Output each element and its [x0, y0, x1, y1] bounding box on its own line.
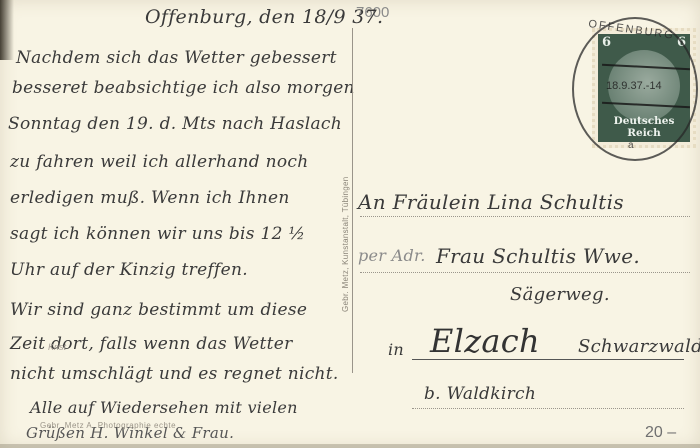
- address-rule-2: [360, 272, 690, 273]
- message-line-4: zu fahren weil ich allerhand noch: [10, 152, 309, 172]
- message-line-7: Uhr auf der Kinzig treffen.: [10, 260, 248, 280]
- pencil-price: 20 –: [645, 424, 676, 442]
- message-line-10: nicht umschlägt und es regnet nicht.: [10, 364, 339, 384]
- bottom-imprint: Gebr. Metz A. Photographie echte: [40, 421, 176, 430]
- address-line-2-prefix: per Adr.: [358, 246, 426, 265]
- address-line-2: Frau Schultis Wwe.: [436, 244, 640, 268]
- address-line-3: Sägerweg.: [510, 284, 610, 305]
- address-line-4-prefix: in: [388, 340, 404, 359]
- postmark-date: 18.9.37.-14: [606, 80, 662, 92]
- address-line-1: An Fräulein Lina Schultis: [358, 190, 624, 214]
- address-line-5: b. Waldkirch: [424, 384, 536, 404]
- address-rule-1: [360, 216, 690, 217]
- message-line-3: Sonntag den 19. d. Mts nach Haslach: [8, 114, 342, 134]
- address-city-suffix: Schwarzwald: [578, 336, 700, 357]
- address-rule-3: [412, 408, 684, 409]
- place-date: Offenburg, den 18/9 37.: [145, 6, 383, 28]
- publisher-imprint: Gebr. Metz, Kunstanstalt, Tübingen: [341, 177, 350, 312]
- center-divider: [352, 28, 353, 373]
- postmark-code: a: [628, 140, 634, 151]
- message-line-1: Nachdem sich das Wetter gebessert: [16, 48, 337, 68]
- address-rule-city: [412, 359, 684, 360]
- message-line-6: sagt ich können wir uns bis 12 ½: [10, 224, 305, 244]
- message-line-11: Alle auf Wiedersehen mit vielen: [30, 398, 298, 417]
- message-line-5: erledigen muß. Wenn ich Ihnen: [10, 188, 290, 208]
- message-line-2: besseret beabsichtige ich also morgen: [12, 78, 355, 98]
- pencil-small-mark: Knst: [48, 342, 66, 352]
- address-city: Elzach: [430, 322, 540, 360]
- postcard-back: 7600 Offenburg, den 18/9 37. Nachdem sic…: [0, 0, 700, 448]
- message-line-8: Wir sind ganz bestimmt um diese: [10, 300, 307, 320]
